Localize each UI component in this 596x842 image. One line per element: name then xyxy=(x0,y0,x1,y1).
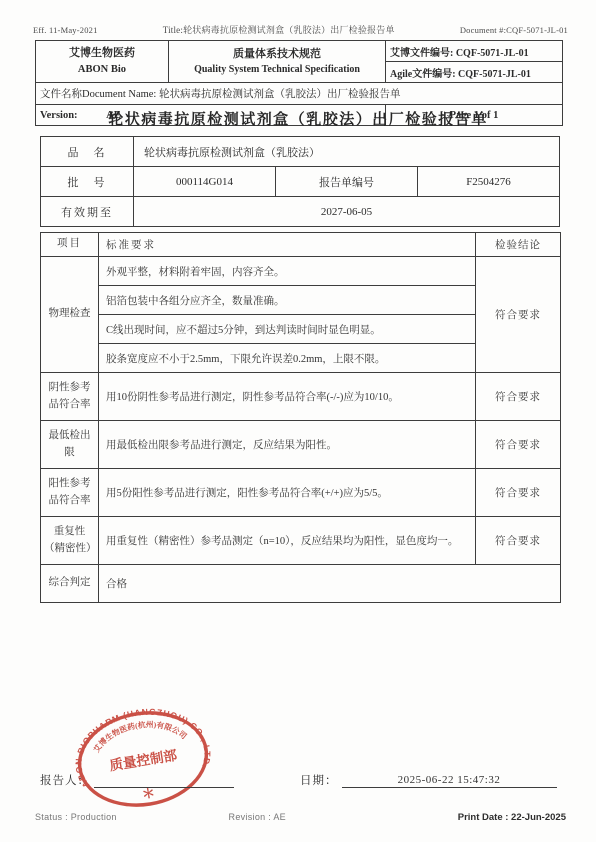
lot-value: 000114G014 xyxy=(134,167,276,197)
item-physical: 物理检查 xyxy=(41,257,99,373)
top-meta-line: Eff. 11-May-2021 Title:轮状病毒抗原检测试剂盒（乳胶法）出… xyxy=(33,23,568,36)
detection-limit-conclusion: 符合要求 xyxy=(476,421,561,469)
detection-limit-requirement: 用最低检出限参考品进行测定，反应结果为阳性。 xyxy=(99,421,476,469)
product-name-label: 品 名 xyxy=(41,137,134,167)
qc-stamp: ABON BIOPHARM (HANGZHOU) CO., LTD. 艾博生物医… xyxy=(53,686,232,832)
stamp-dept: 质量控制部 xyxy=(108,747,178,774)
product-name-value: 轮状病毒抗原检测试剂盒（乳胶法） xyxy=(134,137,560,167)
date-field: 日期：2025-06-22 15:47:32 xyxy=(300,772,557,788)
col-header-item: 项目 xyxy=(41,233,99,257)
item-detection-limit: 最低检出限 xyxy=(41,421,99,469)
reporter-field: 报告人： xyxy=(40,772,234,788)
report-title: 轮状病毒抗原检测试剂盒（乳胶法）出厂检验报告单 xyxy=(0,108,596,129)
page-footer: Status : Production Revision : AE Print … xyxy=(35,812,566,823)
lot-label: 批 号 xyxy=(41,167,134,197)
footer-print-date: Print Date : 22-Jun-2025 xyxy=(458,812,566,823)
physical-req-3: C线出现时间，应不超过5分钟，到达判读时间时显色明显。 xyxy=(99,315,476,344)
item-repeatability: 重复性（精密性） xyxy=(41,517,99,565)
spec-title-en: Quality System Technical Specification xyxy=(173,62,381,77)
company-cell: 艾博生物医药 ABON Bio xyxy=(36,41,169,83)
report-no-label: 报告单编号 xyxy=(276,167,418,197)
table-row: 综合判定 合格 xyxy=(41,565,561,603)
table-row: 最低检出限 用最低检出限参考品进行测定，反应结果为阳性。 符合要求 xyxy=(41,421,561,469)
item-positive-ref: 阳性参考品符合率 xyxy=(41,469,99,517)
repeatability-conclusion: 符合要求 xyxy=(476,517,561,565)
document-name-row: 文件名称Document Name: 轮状病毒抗原检测试剂盒（乳胶法）出厂检验报… xyxy=(36,83,563,105)
qc-stamp-svg: ABON BIOPHARM (HANGZHOU) CO., LTD. 艾博生物医… xyxy=(53,686,232,832)
footer-revision: Revision : AE xyxy=(229,812,286,822)
company-name-cn: 艾博生物医药 xyxy=(40,45,164,62)
verdict-value: 合格 xyxy=(99,565,561,603)
table-row: 阳性参考品符合率 用5份阳性参考品进行测定，阳性参考品符合率(+/+)应为5/5… xyxy=(41,469,561,517)
date-value: 2025-06-22 15:47:32 xyxy=(342,774,557,788)
company-name-en: ABON Bio xyxy=(40,62,164,78)
physical-req-4: 胶条宽度应不小于2.5mm，下限允许误差0.2mm，上限不限。 xyxy=(99,344,476,373)
product-info-table: 品 名 轮状病毒抗原检测试剂盒（乳胶法） 批 号 000114G014 报告单编… xyxy=(40,136,560,227)
footer-status: Status : Production xyxy=(35,812,117,822)
date-label: 日期： xyxy=(300,775,338,787)
col-header-conclusion: 检验结论 xyxy=(476,233,561,257)
agile-doc-number: Agile文件编号: CQF-5071-JL-01 xyxy=(386,62,563,83)
negative-ref-requirement: 用10份阴性参考品进行测定，阴性参考品符合率(-/-)应为10/10。 xyxy=(99,373,476,421)
signature-section: ABON BIOPHARM (HANGZHOU) CO., LTD. 艾博生物医… xyxy=(0,700,596,815)
table-row: 重复性（精密性） 用重复性（精密性）参考品测定（n=10），反应结果均为阳性，显… xyxy=(41,517,561,565)
table-row: 物理检查 外观平整，材料附着牢固，内容齐全。 符合要求 xyxy=(41,257,561,286)
report-no-value: F2504276 xyxy=(418,167,560,197)
effective-date: Eff. 11-May-2021 xyxy=(33,25,98,35)
abon-doc-number: 艾博文件编号: CQF-5071-JL-01 xyxy=(386,41,563,62)
reporter-label: 报告人： xyxy=(40,775,90,787)
physical-conclusion: 符合要求 xyxy=(476,257,561,373)
inspection-report-page: Eff. 11-May-2021 Title:轮状病毒抗原检测试剂盒（乳胶法）出… xyxy=(0,0,596,842)
physical-req-1: 外观平整，材料附着牢固，内容齐全。 xyxy=(99,257,476,286)
document-number: Document #:CQF-5071-JL-01 xyxy=(460,25,568,35)
expiry-value: 2027-06-05 xyxy=(134,197,560,227)
physical-req-2: 铝箔包装中各组分应齐全，数量准确。 xyxy=(99,286,476,315)
inspection-table: 项目 标准要求 检验结论 物理检查 外观平整，材料附着牢固，内容齐全。 符合要求… xyxy=(40,232,561,603)
positive-ref-conclusion: 符合要求 xyxy=(476,469,561,517)
repeatability-requirement: 用重复性（精密性）参考品测定（n=10），反应结果均为阳性，显色度均一。 xyxy=(99,517,476,565)
col-header-requirement: 标准要求 xyxy=(99,233,476,257)
spec-title-cn: 质量体系技术规范 xyxy=(173,46,381,63)
expiry-label: 有效期至 xyxy=(41,197,134,227)
item-verdict: 综合判定 xyxy=(41,565,99,603)
negative-ref-conclusion: 符合要求 xyxy=(476,373,561,421)
table-row: 阴性参考品符合率 用10份阴性参考品进行测定，阴性参考品符合率(-/-)应为10… xyxy=(41,373,561,421)
meta-title: Title:轮状病毒抗原检测试剂盒（乳胶法）出厂检验报告单 xyxy=(98,23,460,36)
positive-ref-requirement: 用5份阳性参考品进行测定，阳性参考品符合率(+/+)应为5/5。 xyxy=(99,469,476,517)
reporter-signature-line xyxy=(94,774,234,788)
spec-cell: 质量体系技术规范 Quality System Technical Specif… xyxy=(169,41,386,83)
item-negative-ref: 阴性参考品符合率 xyxy=(41,373,99,421)
